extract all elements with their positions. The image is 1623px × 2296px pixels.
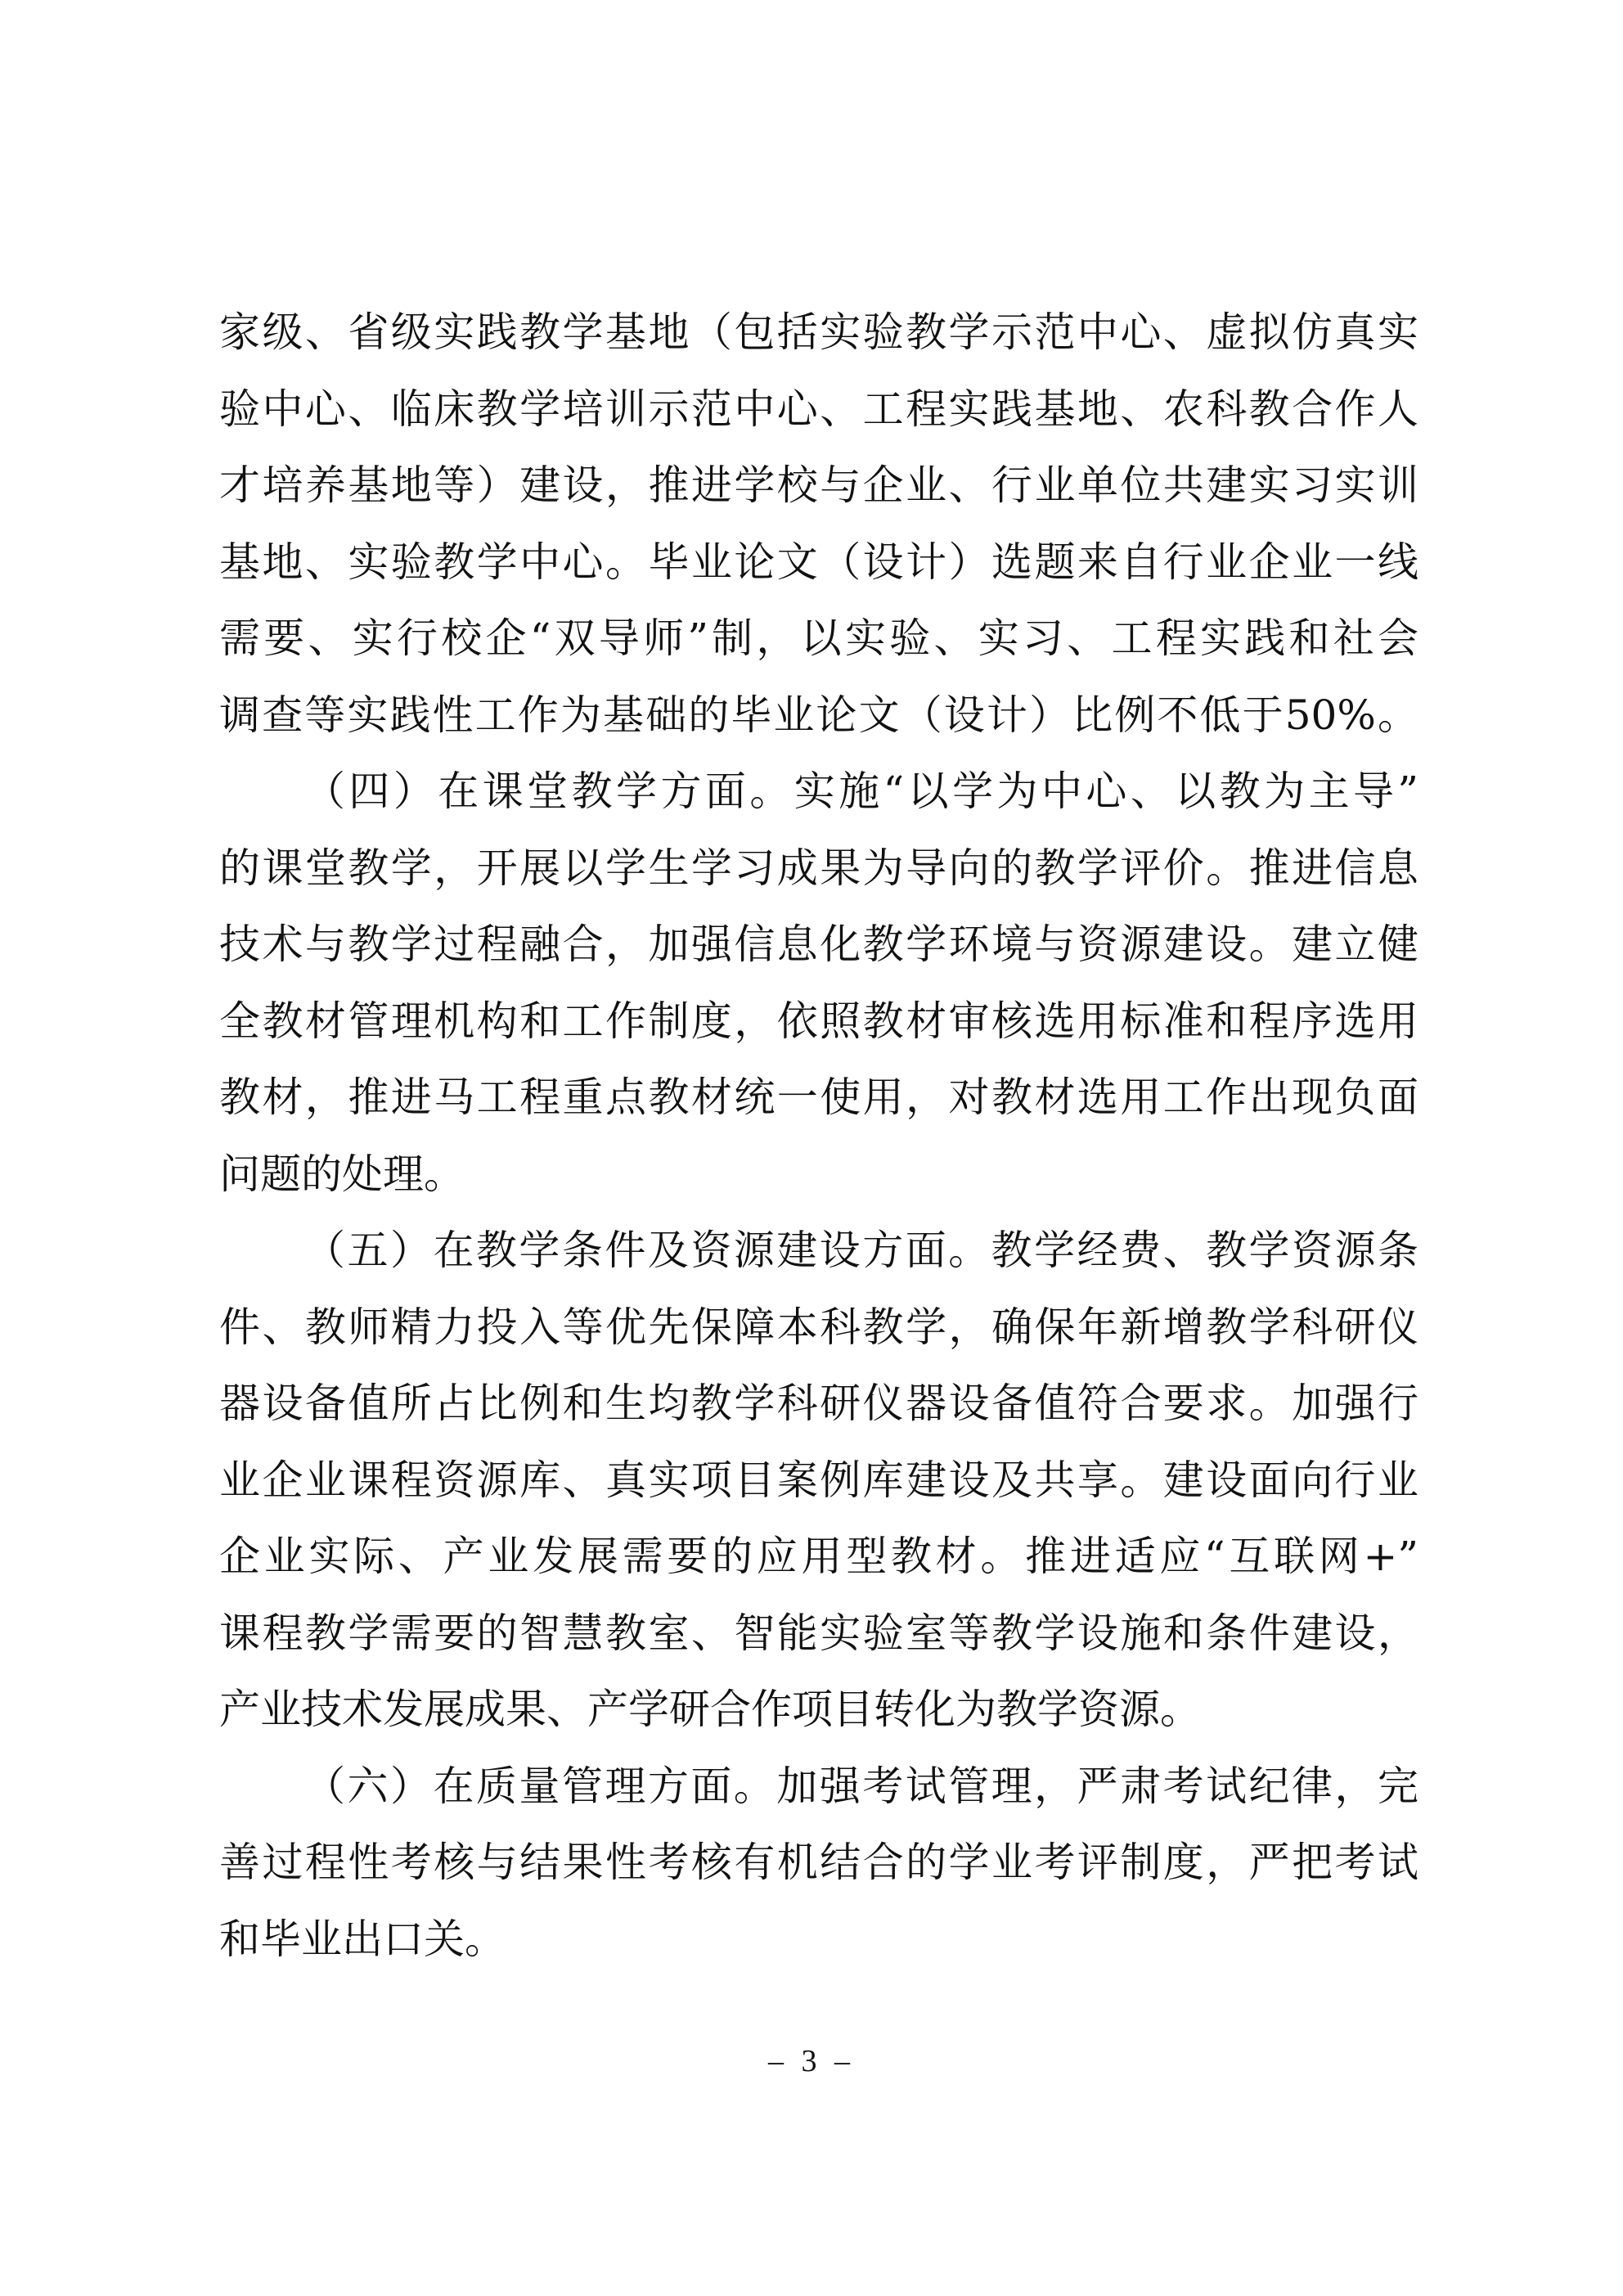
paragraph-section-4-classroom-teaching: （四）在课堂教学方面。实施“以学为中心、以教为主导” 的课堂教学，开展以学生学习… bbox=[219, 759, 1418, 1218]
paragraph-practice-teaching-continued: 家级、省级实践教学基地（包括实验教学示范中心、虚拟仿真实 验中心、临床教学培训示… bbox=[219, 299, 1418, 759]
section-heading-line: （六）在质量管理方面。加强考试管理，严肃考试纪律，完 bbox=[219, 1754, 1418, 1830]
text-line: 调查等实践性工作为基础的毕业论文（设计）比例不低于50%。 bbox=[219, 682, 1418, 759]
text-line: 课程教学需要的智慧教室、智能实验室等教学设施和条件建设， bbox=[219, 1600, 1418, 1677]
text-line: 件、教师精力投入等优先保障本科教学，确保年新增教学科研仪 bbox=[219, 1294, 1418, 1371]
section-heading-line: （五）在教学条件及资源建设方面。教学经费、教学资源条 bbox=[219, 1218, 1418, 1294]
text-line: 问题的处理。 bbox=[219, 1141, 1418, 1218]
section-heading-line: （四）在课堂教学方面。实施“以学为中心、以教为主导” bbox=[219, 759, 1418, 835]
paragraph-section-6-quality-management: （六）在质量管理方面。加强考试管理，严肃考试纪律，完 善过程性考核与结果性考核有… bbox=[219, 1754, 1418, 1983]
text-line: 的课堂教学，开展以学生学习成果为导向的教学评价。推进信息 bbox=[219, 835, 1418, 912]
text-line: 善过程性考核与结果性考核有机结合的学业考评制度，严把考试 bbox=[219, 1830, 1418, 1907]
text-line: 器设备值所占比例和生均教学科研仪器设备值符合要求。加强行 bbox=[219, 1371, 1418, 1447]
paragraph-section-5-teaching-conditions: （五）在教学条件及资源建设方面。教学经费、教学资源条 件、教师精力投入等优先保障… bbox=[219, 1218, 1418, 1754]
document-page: 家级、省级实践教学基地（包括实验教学示范中心、虚拟仿真实 验中心、临床教学培训示… bbox=[0, 0, 1623, 2296]
text-line: 家级、省级实践教学基地（包括实验教学示范中心、虚拟仿真实 bbox=[219, 299, 1418, 376]
body-text: 家级、省级实践教学基地（包括实验教学示范中心、虚拟仿真实 验中心、临床教学培训示… bbox=[219, 299, 1418, 1983]
text-line: 业企业课程资源库、真实项目案例库建设及共享。建设面向行业 bbox=[219, 1447, 1418, 1524]
text-line: 产业技术发展成果、产学研合作项目转化为教学资源。 bbox=[219, 1677, 1418, 1754]
text-line: 和毕业出口关。 bbox=[219, 1907, 1418, 1983]
text-line: 验中心、临床教学培训示范中心、工程实践基地、农科教合作人 bbox=[219, 376, 1418, 453]
text-line: 技术与教学过程融合，加强信息化教学环境与资源建设。建立健 bbox=[219, 912, 1418, 988]
text-line: 教材，推进马工程重点教材统一使用，对教材选用工作出现负面 bbox=[219, 1065, 1418, 1141]
text-line: 基地、实验教学中心。毕业论文（设计）选题来自行业企业一线 bbox=[219, 529, 1418, 606]
text-line: 全教材管理机构和工作制度，依照教材审核选用标准和程序选用 bbox=[219, 988, 1418, 1065]
text-line: 企业实际、产业发展需要的应用型教材。推进适应“互联网+” bbox=[219, 1524, 1418, 1600]
text-line: 需要、实行校企“双导师”制，以实验、实习、工程实践和社会 bbox=[219, 606, 1418, 682]
page-number: – 3 – bbox=[0, 2041, 1623, 2082]
text-line: 才培养基地等）建设，推进学校与企业、行业单位共建实习实训 bbox=[219, 452, 1418, 529]
